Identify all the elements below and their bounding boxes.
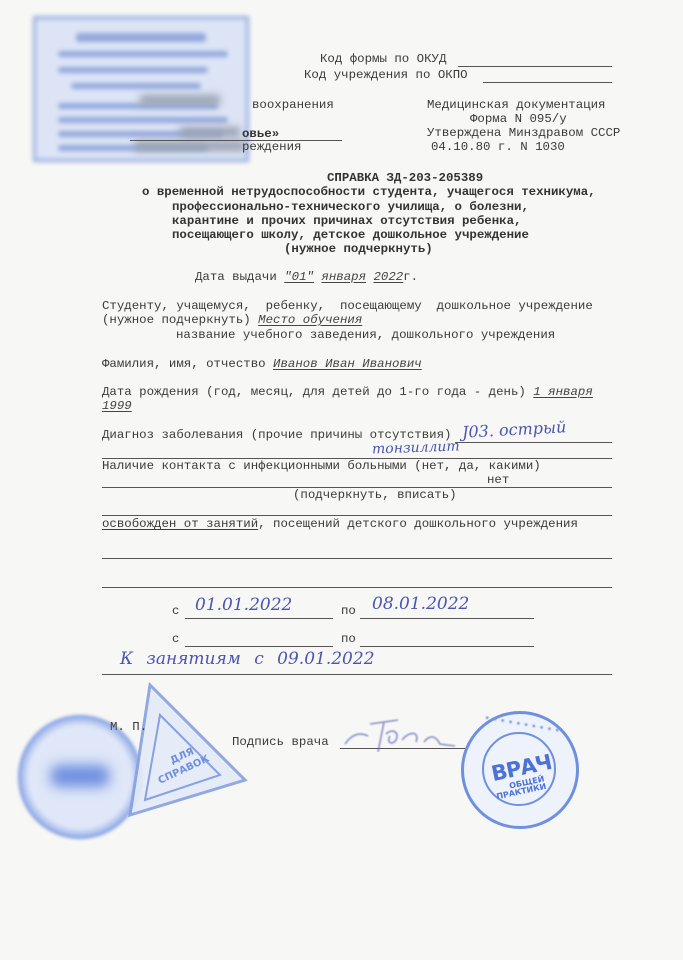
recipient-note: (нужное подчеркнуть) — [102, 313, 251, 327]
redacted-ministry-name — [140, 95, 220, 105]
release-row: освобожден от занятий, посещений детског… — [102, 517, 578, 531]
seal-placeholder-label: М. П. — [110, 720, 147, 734]
doctor-signature — [340, 712, 460, 752]
period-1-from-field[interactable] — [185, 618, 333, 619]
return-to-study-handwritten: К занятиям с 09.01.2022 — [120, 649, 375, 669]
recipient-line: Студенту, учащемуся, ребенку, посещающем… — [102, 299, 593, 313]
birth-row: Дата рождения (год, месяц, для детей до … — [102, 385, 593, 399]
release-top-line — [102, 515, 612, 516]
period-1-to-field[interactable] — [360, 618, 534, 619]
approval-date: 04.10.80 г. N 1030 — [431, 140, 565, 154]
institution-caption: реждения — [242, 140, 302, 154]
period-1-from-label: с — [172, 604, 179, 618]
okud-field[interactable] — [458, 66, 612, 67]
med-doc-label: Медицинская документация — [427, 98, 605, 112]
title-line-2: профессионально-технического училища, о … — [172, 200, 529, 214]
title-line-1: о временной нетрудоспособности студента,… — [142, 185, 596, 199]
redacted-institution-caption — [135, 141, 245, 151]
fio-row: Фамилия, имя, отчество Иванов Иван Ивано… — [102, 357, 422, 371]
issue-date-year: 2022 — [373, 270, 403, 284]
release-underlined: освобожден от занятий — [102, 517, 258, 531]
return-line — [102, 674, 612, 675]
blank-line-1[interactable] — [102, 558, 612, 559]
diagnosis-field-1[interactable] — [455, 442, 612, 443]
institution-name: овье» — [242, 127, 279, 141]
institution-line — [130, 140, 342, 141]
okpo-field[interactable] — [483, 82, 612, 83]
period-2-from-field[interactable] — [185, 646, 333, 647]
period-1-to-label: по — [341, 604, 356, 618]
release-rest: , посещений детского дошкольного учрежде… — [258, 517, 578, 531]
period-1-from-value: 01.01.2022 — [195, 595, 292, 615]
birth-label: Дата рождения (год, месяц, для детей до … — [102, 385, 526, 399]
contact-label: Наличие контакта с инфекционными больным… — [102, 459, 541, 473]
ministry-label: воохранения — [252, 98, 334, 112]
signature-label: Подпись врача — [232, 735, 329, 749]
birth-value-2: 1999 — [102, 399, 132, 413]
fio-label: Фамилия, имя, отчество — [102, 357, 266, 371]
period-2-from-label: с — [172, 632, 179, 646]
period-1-to-value: 08.01.2022 — [372, 594, 469, 614]
birth-value-1: 1 января — [533, 385, 593, 399]
place-of-study-caption: название учебного заведения, дошкольного… — [176, 328, 555, 342]
blank-line-2[interactable] — [102, 587, 612, 588]
issue-date-suffix: г. — [403, 270, 418, 284]
title-line-5: (нужное подчеркнуть) — [284, 242, 433, 256]
okud-label: Код формы по ОКУД — [320, 52, 446, 66]
diagnosis-handwritten-2: тонзиллит — [372, 438, 460, 457]
approved-by: Утверждена Минздравом СССР — [427, 126, 620, 140]
issue-date-day: "01" — [284, 270, 314, 284]
redacted-institution-name — [180, 127, 240, 137]
place-of-study-value: Место обучения — [258, 313, 362, 327]
diagnosis-handwritten-1: J03. острый — [462, 417, 567, 441]
fio-value: Иванов Иван Иванович — [273, 357, 422, 371]
title-line-4: посещающего школу, детское дошкольное уч… — [172, 228, 529, 242]
contact-value: нет — [487, 473, 509, 487]
certificate-number: СПРАВКА ЗД-203-205389 — [327, 171, 483, 185]
triangle-stamp: ДЛЯ СПРАВОК — [120, 680, 260, 820]
issue-date-row: Дата выдачи "01" января 2022г. — [195, 270, 418, 284]
period-2-to-label: по — [341, 632, 356, 646]
title-line-3: карантине и прочих причинах отсутствия р… — [172, 214, 521, 228]
issue-date-month: января — [321, 270, 366, 284]
doctor-round-stamp: • • • • • • • • • • ВРАЧ ОБЩЕЙ ПРАКТИКИ — [461, 711, 579, 829]
form-number: Форма N 095/у — [470, 112, 567, 126]
recipient-line-2: (нужное подчеркнуть) Место обучения — [102, 313, 362, 327]
okpo-label: Код учреждения по ОКПО — [304, 68, 468, 82]
contact-caption: (подчеркнуть, вписать) — [293, 488, 457, 502]
period-2-to-field[interactable] — [360, 646, 534, 647]
issue-date-label: Дата выдачи — [195, 270, 277, 284]
